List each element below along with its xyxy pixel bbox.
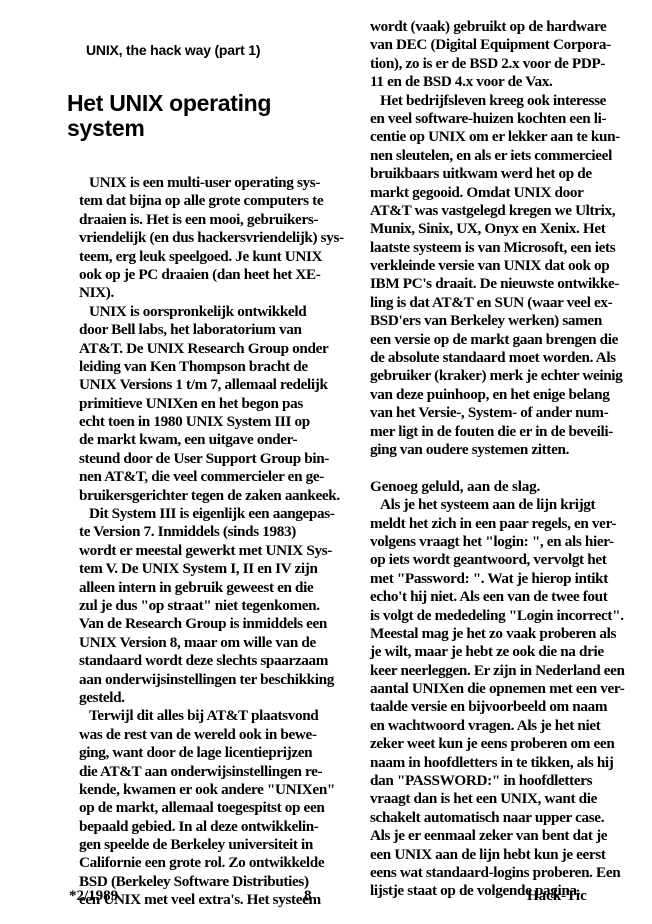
text-line: markt gegooid. Omdat UNIX door <box>370 184 625 202</box>
text-line: volgens vraagt het "login: ", en als hie… <box>370 533 625 551</box>
text-line: ook op je PC draaien (dan heet het XE- <box>79 266 344 284</box>
text-line: dan "PASSWORD:" in hoofdletters <box>370 772 625 790</box>
text-line: Meestal mag je het zo vaak proberen als <box>370 625 625 643</box>
text-line: van het Versie-, System- of ander num- <box>370 404 625 422</box>
text-line: echt toen in 1980 UNIX System III op <box>79 413 344 431</box>
text-line: vraagt dan is het een UNIX, want die <box>370 790 625 808</box>
text-line: meldt het zich in een paar regels, en ve… <box>370 515 625 533</box>
text-line: kende, kwamen er ook andere "UNIXen" <box>79 781 344 799</box>
text-line: alleen intern in gebruik geweest en die <box>79 579 344 597</box>
text-line: vriendelijk (en dus hackersvriendelijk) … <box>79 229 344 247</box>
text-line: keer neerleggen. Er zijn in Nederland ee… <box>370 662 625 680</box>
text-line: UNIX Versions 1 t/m 7, allemaal redelijk <box>79 376 344 394</box>
text-line: Munix, Sinix, UX, Onyx en Xenix. Het <box>370 220 625 238</box>
text-line: Het bedrijfsleven kreeg ook interesse <box>370 92 625 110</box>
text-line: laatste systeem is van Microsoft, een ie… <box>370 239 625 257</box>
text-line: aan onderwijsinstellingen ter beschikkin… <box>79 671 344 689</box>
text-line: wordt (vaak) gebruikt op de hardware <box>370 18 625 36</box>
text-line: zeker weet kun je eens proberen om een <box>370 735 625 753</box>
text-line: op de markt, allemaal toegespitst op een <box>79 799 344 817</box>
text-line: AT&T was vastgelegd kregen we Ultrix, <box>370 202 625 220</box>
text-line: draaien is. Het is een mooi, gebruikers- <box>79 211 344 229</box>
article-title: Het UNIX operating system <box>67 91 271 141</box>
text-line: door Bell labs, het laboratorium van <box>79 321 344 339</box>
text-line: zul je dus "op straat" niet tegenkomen. <box>79 597 344 615</box>
text-line: Als je het systeem aan de lijn krijgt <box>370 496 625 514</box>
text-line: Dit System III is eigenlijk een aangepas… <box>79 505 344 523</box>
text-line: schakelt automatisch naar upper case. <box>370 809 625 827</box>
text-line: van deze puinhoop, en het enige belang <box>370 386 625 404</box>
text-line: ling is dat AT&T en SUN (waar veel ex- <box>370 294 625 312</box>
article-kicker: UNIX, the hack way (part 1) <box>86 42 260 58</box>
text-line: en wachtwoord vragen. Als je het niet <box>370 717 625 735</box>
text-line: van DEC (Digital Equipment Corpora- <box>370 36 625 54</box>
title-line-1: Het UNIX operating <box>67 91 271 116</box>
text-line: Californie een grote rol. Zo ontwikkelde <box>79 854 344 872</box>
text-line: je wilt, maar je hebt ze ook die na drie <box>370 643 625 661</box>
text-line: tem dat bijna op alle grote computers te <box>79 192 344 210</box>
footer-page-number: 8 <box>304 888 312 905</box>
text-line: en veel software-huizen kochten een li- <box>370 110 625 128</box>
text-line: standaard wordt deze slechts spaarzaam <box>79 652 344 670</box>
text-line: Van de Research Group is inmiddels een <box>79 615 344 633</box>
text-line: aantal UNIXen die opnemen met een ver- <box>370 680 625 698</box>
footer-publication: Hack-Tic <box>527 888 587 905</box>
text-line: bepaald gebied. In al deze ontwikkelin- <box>79 818 344 836</box>
text-line: te Version 7. Inmiddels (sinds 1983) <box>79 523 344 541</box>
text-line: een UNIX aan de lijn hebt kun je eerst <box>370 846 625 864</box>
text-line: 11 en de BSD 4.x voor de Vax. <box>370 73 625 91</box>
section-subheading: Genoeg geluld, aan de slag. <box>370 478 625 496</box>
title-line-2: system <box>67 116 271 141</box>
right-column: wordt (vaak) gebruikt op de hardwarevan … <box>370 18 625 901</box>
text-line: ging, want door de lage licentieprijzen <box>79 744 344 762</box>
text-line <box>370 459 625 477</box>
text-line: gesteld. <box>79 689 344 707</box>
text-line: taalde versie en bijvoorbeeld om naam <box>370 698 625 716</box>
text-line: ging van oudere systemen zitten. <box>370 441 625 459</box>
footer-issue: *2/1989 <box>69 888 118 905</box>
text-line: bruikersgerichter tegen de zaken aankeek… <box>79 487 344 505</box>
text-line: NIX). <box>79 284 344 302</box>
text-line: steund door de User Support Group bin- <box>79 450 344 468</box>
text-line: bruikbaars uitkwam werd het op de <box>370 165 625 183</box>
text-line: leiding van Ken Thompson bracht de <box>79 358 344 376</box>
text-line: echo't hij niet. Als een van de twee fou… <box>370 588 625 606</box>
text-line: centie op UNIX om er lekker aan te kun- <box>370 128 625 146</box>
text-line: Terwijl dit alles bij AT&T plaatsvond <box>79 707 344 725</box>
text-line: op iets wordt geantwoord, vervolgt het <box>370 551 625 569</box>
text-line: primitieve UNIXen en het begon pas <box>79 395 344 413</box>
text-line: gebruiker (kraker) merk je echter weinig <box>370 367 625 385</box>
text-line: de absolute standaard moet worden. Als <box>370 349 625 367</box>
text-line: wordt er meestal gewerkt met UNIX Sys- <box>79 542 344 560</box>
text-line: tion), zo is er de BSD 2.x voor de PDP- <box>370 55 625 73</box>
text-line: UNIX is oorspronkelijk ontwikkeld <box>79 303 344 321</box>
text-line: Als je er eenmaal zeker van bent dat je <box>370 827 625 845</box>
text-line: naam in hoofdletters in te tikken, als h… <box>370 754 625 772</box>
text-line: teem, erg leuk speelgoed. Je kunt UNIX <box>79 248 344 266</box>
text-line: UNIX is een multi-user operating sys- <box>79 174 344 192</box>
text-line: eens wat standaard-logins proberen. Een <box>370 864 625 882</box>
text-line: is volgt de mededeling "Login incorrect"… <box>370 607 625 625</box>
left-column: UNIX is een multi-user operating sys-tem… <box>79 174 344 910</box>
text-line: die AT&T aan onderwijsinstellingen re- <box>79 763 344 781</box>
text-line: BSD'ers van Berkeley werken) samen <box>370 312 625 330</box>
text-line: de markt kwam, een uitgave onder- <box>79 431 344 449</box>
text-line: IBM PC's draait. De nieuwste ontwikke- <box>370 275 625 293</box>
text-line: nen sleutelen, en als er iets commerciee… <box>370 147 625 165</box>
text-line: AT&T. De UNIX Research Group onder <box>79 340 344 358</box>
text-line: was de rest van de wereld ook in bewe- <box>79 726 344 744</box>
text-line: UNIX Version 8, maar om wille van de <box>79 634 344 652</box>
text-line: mer ligt in de fouten die er in de bevei… <box>370 423 625 441</box>
text-line: nen AT&T, die veel commercieler en ge- <box>79 468 344 486</box>
text-line: verkleinde versie van UNIX dat ook op <box>370 257 625 275</box>
text-line: met "Password: ". Wat je hierop intikt <box>370 570 625 588</box>
text-line: gen speelde de Berkeley universiteit in <box>79 836 344 854</box>
text-line: een versie op de markt gaan brengen die <box>370 331 625 349</box>
text-line: tem V. De UNIX System I, II en IV zijn <box>79 560 344 578</box>
